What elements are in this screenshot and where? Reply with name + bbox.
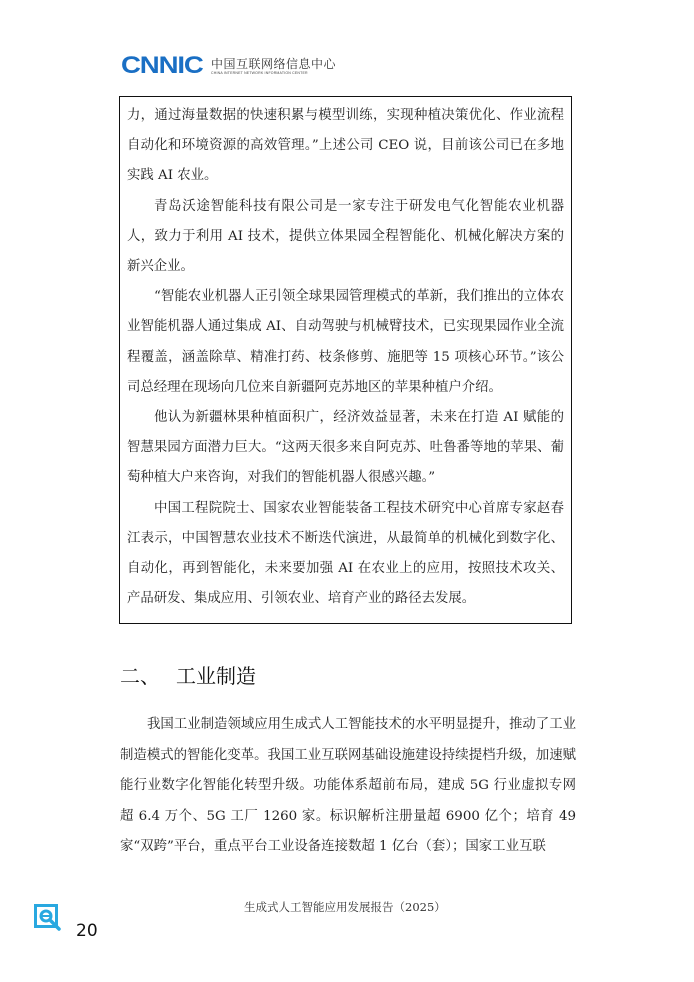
case-study-box: 力，通过海量数据的快速积累与模型训练，实现种植决策优化、作业流程自动化和环境资源…: [119, 96, 572, 624]
logo-english-name: CHINA INTERNET NETWORK INFORMATION CENTE…: [211, 71, 336, 76]
box-paragraph: 力，通过海量数据的快速积累与模型训练，实现种植决策优化、作业流程自动化和环境资源…: [127, 101, 564, 192]
section-heading: 二、 工业制造: [120, 660, 256, 689]
box-paragraph: 青岛沃途智能科技有限公司是一家专注于研发电气化智能农业机器人，致力于利用 AI …: [127, 192, 564, 283]
logo-chinese-name: 中国互联网络信息中心: [211, 57, 336, 71]
footer-report-title: 生成式人工智能应用发展报告（2025）: [244, 899, 446, 915]
logo-text: 中国互联网络信息中心 CHINA INTERNET NETWORK INFORM…: [211, 57, 336, 76]
box-paragraph: 中国工程院院士、国家农业智能装备工程技术研究中心首席专家赵春江表示，中国智慧农业…: [127, 494, 564, 615]
box-paragraph: 他认为新疆林果种植面积广，经济效益显著，未来在打造 AI 赋能的智慧果园方面潜力…: [127, 403, 564, 494]
logo-mark: CNNIC: [121, 54, 220, 78]
section-title: 工业制造: [176, 660, 256, 689]
cnnic-logo: CNNIC 中国互联网络信息中心 CHINA INTERNET NETWORK …: [121, 54, 336, 78]
section-number: 二、: [120, 660, 176, 689]
search-magnifier-icon: [34, 904, 62, 932]
page-number: 20: [76, 921, 98, 941]
body-text: 我国工业制造领域应用生成式人工智能技术的水平明显提升，推动了工业制造模式的智能化…: [120, 710, 576, 863]
box-paragraph: “智能农业机器人正引领全球果园管理模式的革新，我们推出的立体农业智能机器人通过集…: [127, 282, 564, 403]
body-paragraph: 我国工业制造领域应用生成式人工智能技术的水平明显提升，推动了工业制造模式的智能化…: [120, 710, 576, 863]
